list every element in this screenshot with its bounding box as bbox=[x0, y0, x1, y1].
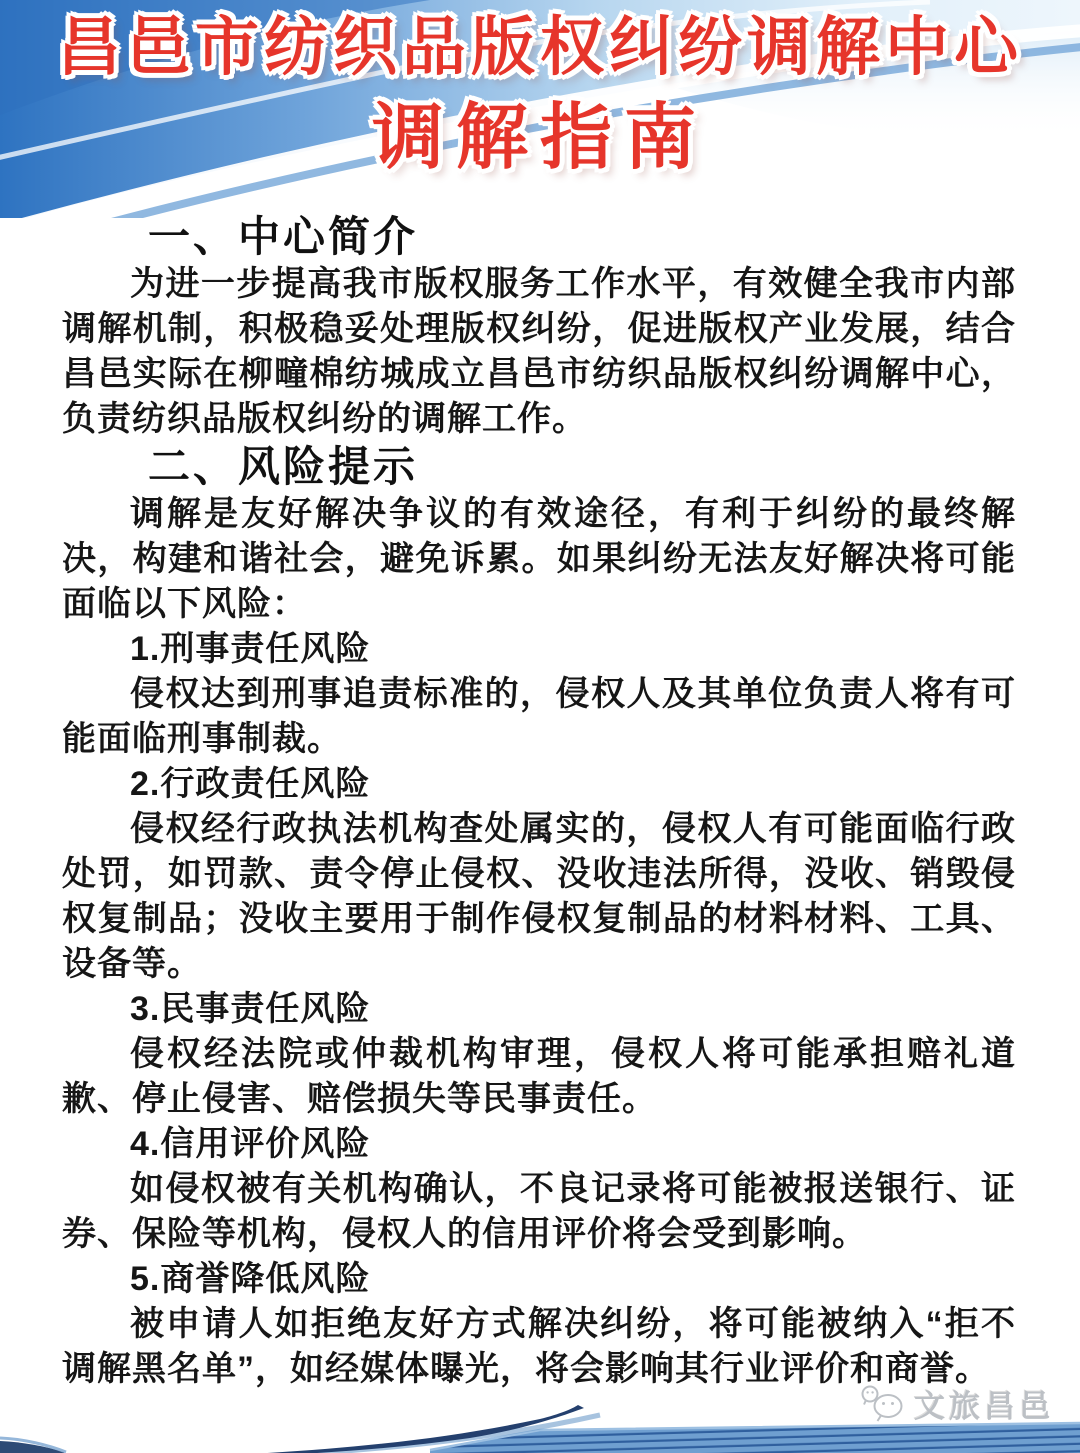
watermark-text: 文旅昌邑 bbox=[914, 1381, 1054, 1426]
risk-item-3-text: 侵权经法院或仲裁机构审理，侵权人将可能承担赔礼道歉、停止侵害、赔偿损失等民事责任… bbox=[62, 1032, 1016, 1122]
poster-title: 昌邑市纺织品版权纠纷调解中心 bbox=[0, 4, 1080, 90]
risk-item-4-label: 4.信用评价风险 bbox=[62, 1122, 1016, 1167]
risk-item-5-label: 5.商誉降低风险 bbox=[62, 1257, 1016, 1302]
section-1-paragraph: 为进一步提高我市版权服务工作水平，有效健全我市内部调解机制，积极稳妥处理版权纠纷… bbox=[62, 262, 1016, 442]
risk-item-1-label: 1.刑事责任风险 bbox=[62, 627, 1016, 672]
mediation-guide-poster: 昌邑市纺织品版权纠纷调解中心 调解指南 一、中心简介 为进一步提高我市版权服务工… bbox=[0, 0, 1080, 1453]
risk-item-2-text: 侵权经行政执法机构查处属实的，侵权人有可能面临行政处罚，如罚款、责令停止侵权、没… bbox=[62, 807, 1016, 987]
risk-item-5-text: 被申请人如拒绝友好方式解决纠纷，将可能被纳入“拒不调解黑名单”，如经媒体曝光，将… bbox=[62, 1302, 1016, 1392]
poster-titles: 昌邑市纺织品版权纠纷调解中心 调解指南 bbox=[0, 4, 1080, 186]
wechat-icon bbox=[860, 1384, 906, 1424]
risk-item-3-label: 3.民事责任风险 bbox=[62, 987, 1016, 1032]
poster-header: 昌邑市纺织品版权纠纷调解中心 调解指南 bbox=[0, 0, 1080, 218]
section-1-heading: 一、中心简介 bbox=[62, 212, 1016, 262]
section-2-intro-paragraph: 调解是友好解决争议的有效途径，有利于纠纷的最终解决，构建和谐社会，避免诉累。如果… bbox=[62, 492, 1016, 627]
risk-item-2-label: 2.行政责任风险 bbox=[62, 762, 1016, 807]
poster-body: 一、中心简介 为进一步提高我市版权服务工作水平，有效健全我市内部调解机制，积极稳… bbox=[62, 212, 1016, 1392]
section-2-heading: 二、风险提示 bbox=[62, 442, 1016, 492]
risk-item-4-text: 如侵权被有关机构确认，不良记录将可能被报送银行、证券、保险等机构，侵权人的信用评… bbox=[62, 1167, 1016, 1257]
risk-item-1-text: 侵权达到刑事追责标准的，侵权人及其单位负责人将有可能面临刑事制裁。 bbox=[62, 672, 1016, 762]
poster-subtitle: 调解指南 bbox=[0, 90, 1080, 186]
watermark: 文旅昌邑 bbox=[860, 1381, 1054, 1426]
